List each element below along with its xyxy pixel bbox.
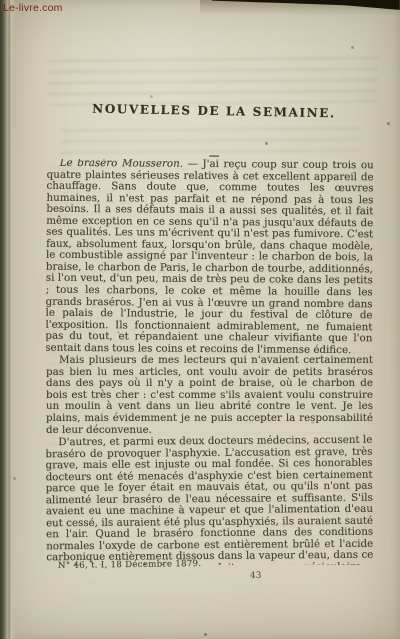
- paragraph-text: Mais plusieurs de mes lecteurs qui n'ava…: [46, 354, 373, 435]
- issue-footnote: N° 46, t. I, 18 Décembre 1879.: [58, 559, 202, 571]
- watermark: Le-livre.com: [3, 2, 63, 14]
- paragraph-text: — J'ai reçu coup sur coup trois ou quatr…: [46, 159, 373, 356]
- paragraph: Le braséro Mousseron. — J'ai reçu coup s…: [46, 159, 373, 357]
- paragraph: Mais plusieurs de mes lecteurs qui n'ava…: [46, 355, 373, 436]
- paragraph: D'autres, et parmi eux deux docteurs méd…: [46, 435, 373, 565]
- page-number: 43: [250, 571, 262, 581]
- dust-specks: [0, 0, 1, 1]
- book-binding-edge: [0, 0, 16, 639]
- article-body: Le braséro Mousseron. — J'ai reçu coup s…: [46, 159, 373, 565]
- ink-bleed-through-top: [48, 52, 379, 105]
- paragraph-text: D'autres, et parmi eux deux docteurs méd…: [46, 434, 373, 565]
- scanned-book-page: Le-livre.com NOUVELLES DE LA SEMAINE. — …: [0, 0, 400, 639]
- page-title: NOUVELLES DE LA SEMAINE.: [46, 101, 382, 121]
